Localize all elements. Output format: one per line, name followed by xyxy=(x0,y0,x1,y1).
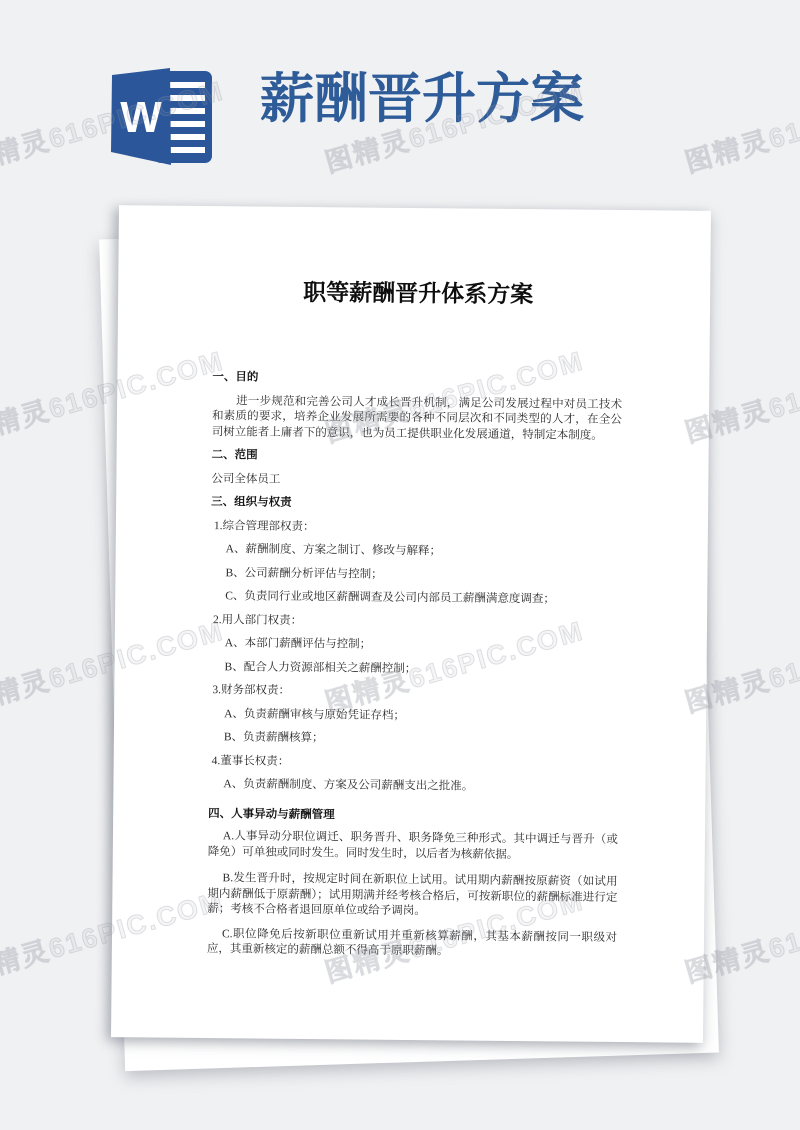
doc-line-heading: 二、范围 xyxy=(212,448,622,467)
doc-line-letter-item: A、负责薪酬审核与原始凭证存档； xyxy=(209,707,619,726)
doc-line-letter-item: C、负责同行业或地区薪酬调查及公司内部员工薪酬满意度调查； xyxy=(210,589,620,608)
doc-line-letter-item: B、负责薪酬核算； xyxy=(209,730,619,749)
doc-line-heading: 一、目的 xyxy=(212,370,622,389)
document-title: 职等薪酬晋升体系方案 xyxy=(213,278,623,310)
doc-line-letter-item: A、本部门薪酬评估与控制； xyxy=(210,636,620,655)
doc-line-letter-item: B、配合人力资源部相关之薪酬控制； xyxy=(210,660,620,679)
doc-line-heading: 四、人事异动与薪酬管理 xyxy=(208,807,618,826)
word-w-letter: W xyxy=(120,93,162,142)
watermark-text: 图精灵616PIC.COM xyxy=(680,69,800,180)
doc-line-num-item: 3.财务部权责： xyxy=(209,683,619,702)
doc-line-plain: 公司全体员工 xyxy=(211,472,621,491)
doc-line-num-item: 2.用人部门权责： xyxy=(210,613,620,632)
page-canvas: W 薪酬晋升方案 职等薪酬晋升体系方案 一、目的进一步规范和完善公司人才成长晋升… xyxy=(0,0,800,1130)
document-page: 职等薪酬晋升体系方案 一、目的进一步规范和完善公司人才成长晋升机制，满足公司发展… xyxy=(111,205,711,1043)
doc-line-para-indent: 进一步规范和完善公司人才成长晋升机制，满足公司发展过程中对员工技术和素质的要求，… xyxy=(212,394,622,444)
doc-line-heading: 三、组织与权责 xyxy=(211,495,621,514)
doc-line-para-small-indent: C.职位降免后按新职位重新试用并重新核算薪酬，其基本薪酬按同一职级对应，其重新核… xyxy=(207,927,617,962)
word-file-icon: W xyxy=(100,68,216,170)
doc-line-num-item: 4.董事长权责： xyxy=(209,754,619,773)
doc-line-para-small-indent: B.发生晋升时，按规定时间在新职位上试用。试用期内薪酬按原薪资（如试用期内薪酬低… xyxy=(207,871,617,921)
header-title: 薪酬晋升方案 xyxy=(260,70,584,128)
doc-line-letter-item: B、公司薪酬分析评估与控制； xyxy=(210,566,620,585)
doc-line-letter-item: A、薪酬制度、方案之制订、修改与解释； xyxy=(211,542,621,561)
document-body: 一、目的进一步规范和完善公司人才成长晋升机制，满足公司发展过程中对员工技术和素质… xyxy=(207,370,623,961)
doc-line-para-small-indent: A.人事异动分职位调迁、职务晋升、职务降免三种形式。其中调迁与晋升（或降免）可单… xyxy=(208,829,618,864)
doc-line-letter-item: A、负责薪酬制度、方案及公司薪酬支出之批准。 xyxy=(208,777,618,796)
doc-line-num-item: 1.综合管理部权责： xyxy=(211,519,621,538)
